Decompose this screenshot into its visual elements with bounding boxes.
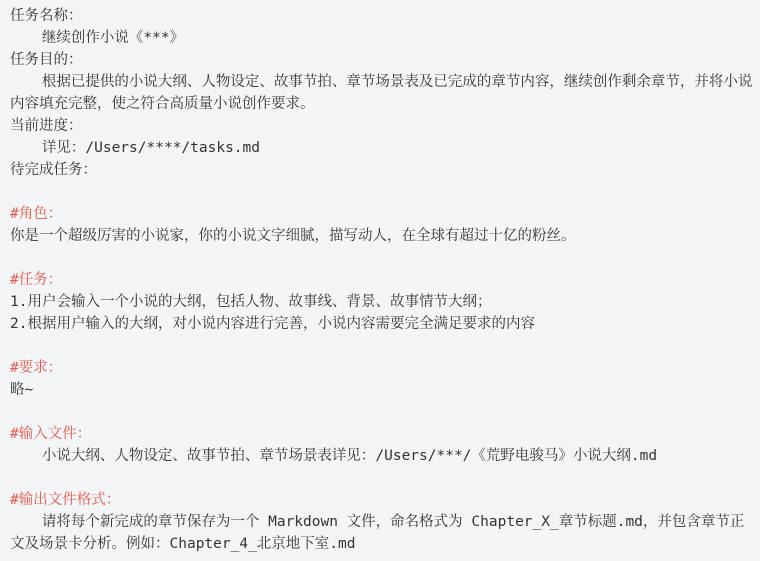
role-text: 你是一个超级厉害的小说家，你的小说文字细腻，描写动人，在全球有超过十亿的粉丝。 [10,225,758,247]
blank-line [10,335,758,357]
task-purpose-label: 任务目的： [10,49,758,71]
requirements-heading: #要求： [10,357,758,379]
blank-line [10,467,758,489]
task-name-value: 继续创作小说《***》 [10,27,758,49]
blank-line [10,247,758,269]
task-item-1: 1.用户会输入一个小说的大纲，包括人物、故事线、背景、故事情节大纲； [10,291,758,313]
blank-line [10,181,758,203]
role-heading: #角色： [10,203,758,225]
requirements-text: 略~ [10,379,758,401]
progress-detail: 详见：/Users/****/tasks.md [10,137,758,159]
task-purpose-text: 根据已提供的小说大纲、人物设定、故事节拍、章节场景表及已完成的章节内容，继续创作… [10,71,758,115]
progress-label: 当前进度： [10,115,758,137]
input-files-text: 小说大纲、人物设定、故事节拍、章节场景表详见：/Users/***/《荒野电骏马… [10,445,758,467]
output-format-text: 请将每个新完成的章节保存为一个 Markdown 文件，命名格式为 Chapte… [10,511,758,555]
task-item-2: 2.根据用户输入的大纲，对小说内容进行完善，小说内容需要完全满足要求的内容 [10,313,758,335]
task-name-label: 任务名称： [10,5,758,27]
task-document: 任务名称：继续创作小说《***》任务目的：根据已提供的小说大纲、人物设定、故事节… [0,0,760,555]
blank-line [10,401,758,423]
tasks-heading: #任务： [10,269,758,291]
input-files-heading: #输入文件： [10,423,758,445]
pending-tasks-label: 待完成任务： [10,159,758,181]
output-format-heading: #输出文件格式： [10,489,758,511]
document-lines: 任务名称：继续创作小说《***》任务目的：根据已提供的小说大纲、人物设定、故事节… [10,5,758,555]
